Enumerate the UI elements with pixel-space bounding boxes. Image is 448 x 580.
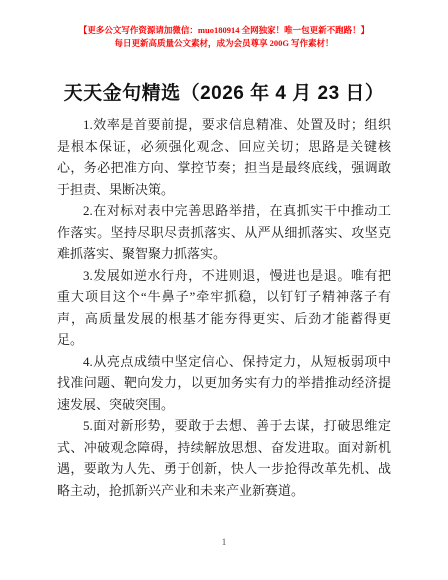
promo-line-1: 【更多公文写作资源请加微信：muo180914 全网独家！唯一包更新不跑路！】 bbox=[0, 24, 448, 37]
promo-line-2: 每日更新高质量公文素材，成为会员尊享 200G 写作素材！ bbox=[0, 37, 448, 50]
document-body: 1.效率是首要前提，要求信息精准、处置及时；组织是根本保证，必须强化观念、回应关… bbox=[57, 114, 391, 501]
paragraph-4: 4.从亮点成绩中坚定信心、保持定力，从短板弱项中找准问题、靶向发力，以更加务实有… bbox=[57, 351, 391, 416]
paragraph-3: 3.发展如逆水行舟，不进则退，慢进也是退。唯有把重大项目这个“牛鼻子”牵牢抓稳，… bbox=[57, 265, 391, 351]
page-number: 1 bbox=[0, 538, 448, 548]
document-page: 【更多公文写作资源请加微信：muo180914 全网独家！唯一包更新不跑路！】 … bbox=[0, 0, 448, 580]
paragraph-2: 2.在对标对表中完善思路举措，在真抓实干中推动工作落实。坚持尽职尽责抓落实、从严… bbox=[57, 200, 391, 265]
paragraph-1: 1.效率是首要前提，要求信息精准、处置及时；组织是根本保证，必须强化观念、回应关… bbox=[57, 114, 391, 200]
document-title: 天天金句精选（2026 年 4 月 23 日） bbox=[0, 83, 448, 105]
paragraph-5: 5.面对新形势，要敢于去想、善于去谋，打破思维定式、冲破观念障碍，持续解放思想、… bbox=[57, 415, 391, 501]
promo-banner: 【更多公文写作资源请加微信：muo180914 全网独家！唯一包更新不跑路！】 … bbox=[0, 24, 448, 50]
